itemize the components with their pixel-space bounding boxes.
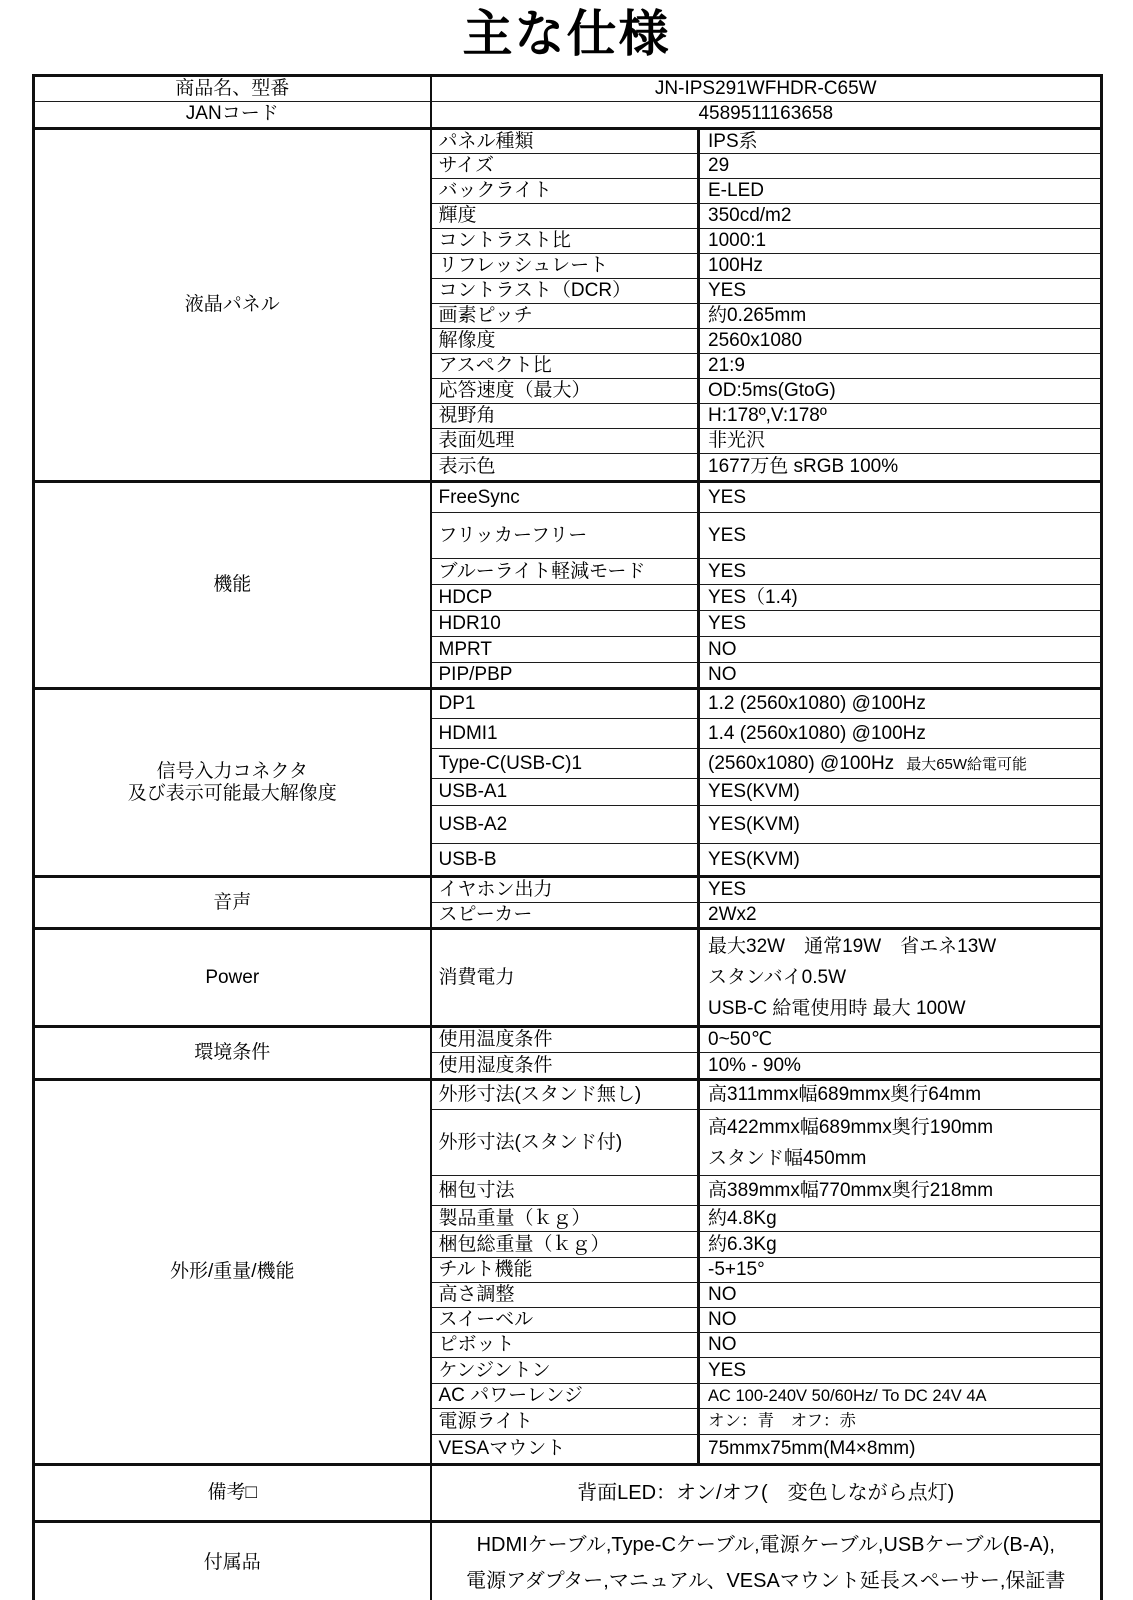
spec-value: 約6.3Kg xyxy=(699,1232,1102,1258)
spec-label: MPRT xyxy=(431,637,699,663)
spec-value: YES xyxy=(699,1358,1102,1384)
typec-resolution: (2560x1080) @100Hz xyxy=(708,753,894,774)
spec-label: 使用温度条件 xyxy=(431,1027,699,1053)
spec-value: YES(KVM) xyxy=(699,806,1102,844)
spec-value: 0~50℃ xyxy=(699,1027,1102,1053)
spec-label: USB-B xyxy=(431,844,699,877)
spec-value: IPS系 xyxy=(699,128,1102,154)
spec-label: バックライト xyxy=(431,179,699,204)
spec-label: 表示色 xyxy=(431,454,699,482)
spec-label: 外形寸法(スタンド無し) xyxy=(431,1080,699,1110)
spec-value: NO xyxy=(699,1333,1102,1358)
spec-value: 350cd/m2 xyxy=(699,204,1102,229)
spec-label: 表面処理 xyxy=(431,429,699,454)
section-label-lcd-panel: 液晶パネル xyxy=(34,128,431,482)
spec-value: 1677万色 sRGB 100% xyxy=(699,454,1102,482)
spec-label: 梱包寸法 xyxy=(431,1176,699,1206)
section-label-dimensions-weight: 外形/重量/機能 xyxy=(34,1080,431,1465)
spec-label: ケンジントン xyxy=(431,1358,699,1384)
section-label-environment: 環境条件 xyxy=(34,1027,431,1080)
spec-label: コントラスト（DCR） xyxy=(431,279,699,304)
spec-label: FreeSync xyxy=(431,482,699,513)
spec-label: 電源ライト xyxy=(431,1409,699,1435)
spec-label: HDR10 xyxy=(431,611,699,637)
spec-value: 29 xyxy=(699,154,1102,179)
accessories-label: 付属品 xyxy=(34,1522,431,1600)
spec-label: 応答速度（最大） xyxy=(431,379,699,404)
spec-value: YES(KVM) xyxy=(699,844,1102,877)
spec-value: YES xyxy=(699,279,1102,304)
spec-value: YES xyxy=(699,877,1102,903)
spec-label: HDMI1 xyxy=(431,719,699,749)
spec-value: 10% - 90% xyxy=(699,1053,1102,1080)
spec-value: YES（1.4) xyxy=(699,585,1102,611)
spec-table: 商品名、型番 JN-IPS291WFHDR-C65W JANコード 458951… xyxy=(32,74,1103,1600)
spec-value: YES xyxy=(699,482,1102,513)
spec-label: DP1 xyxy=(431,689,699,719)
spec-value: E-LED xyxy=(699,179,1102,204)
spec-value: NO xyxy=(699,1283,1102,1308)
spec-label: 外形寸法(スタンド付) xyxy=(431,1110,699,1176)
spec-label: スピーカー xyxy=(431,903,699,929)
spec-label: ブルーライト軽減モード xyxy=(431,559,699,585)
spec-value: YES(KVM) xyxy=(699,779,1102,806)
spec-value: オン：青 オフ：赤 xyxy=(699,1409,1102,1435)
spec-label: 画素ピッチ xyxy=(431,304,699,329)
jan-code-value: 4589511163658 xyxy=(431,101,1102,128)
accessories-value: HDMIケーブル,Type-Cケーブル,電源ケーブル,USBケーブル(B-A),… xyxy=(431,1522,1102,1600)
spec-value: 1.2 (2560x1080) @100Hz xyxy=(699,689,1102,719)
spec-value: 2560x1080 xyxy=(699,329,1102,354)
spec-label: チルト機能 xyxy=(431,1258,699,1283)
spec-value: 約0.265mm xyxy=(699,304,1102,329)
spec-value: 高389mmx幅770mmx奥行218mm xyxy=(699,1176,1102,1206)
spec-label: 梱包総重量（ｋｇ） xyxy=(431,1232,699,1258)
spec-value: 最大32W 通常19W 省エネ13W スタンバイ0.5W USB-C 給電使用時… xyxy=(699,929,1102,1027)
spec-value: 21:9 xyxy=(699,354,1102,379)
spec-value: YES xyxy=(699,513,1102,559)
spec-value: YES xyxy=(699,611,1102,637)
spec-label: USB-A2 xyxy=(431,806,699,844)
spec-label: Type-C(USB-C)1 xyxy=(431,749,699,779)
spec-label: 製品重量（ｋｇ） xyxy=(431,1206,699,1232)
spec-value: 非光沢 xyxy=(699,429,1102,454)
spec-label: 視野角 xyxy=(431,404,699,429)
spec-value: (2560x1080) @100Hz最大65W給電可能 xyxy=(699,749,1102,779)
spec-label: パネル種類 xyxy=(431,128,699,154)
spec-label: コントラスト比 xyxy=(431,229,699,254)
section-label-power: Power xyxy=(34,929,431,1027)
spec-label: ピボット xyxy=(431,1333,699,1358)
typec-power-note: 最大65W給電可能 xyxy=(906,756,1027,773)
spec-label: リフレッシュレート xyxy=(431,254,699,279)
spec-value: H:178º,V:178º xyxy=(699,404,1102,429)
section-label-features: 機能 xyxy=(34,482,431,689)
spec-value: 高422mmx幅689mmx奥行190mm スタンド幅450mm xyxy=(699,1110,1102,1176)
spec-label: サイズ xyxy=(431,154,699,179)
spec-label: USB-A1 xyxy=(431,779,699,806)
spec-label: スイーベル xyxy=(431,1308,699,1333)
spec-value: 100Hz xyxy=(699,254,1102,279)
spec-value: -5+15° xyxy=(699,1258,1102,1283)
spec-label: 輝度 xyxy=(431,204,699,229)
spec-value: 1.4 (2560x1080) @100Hz xyxy=(699,719,1102,749)
spec-value: OD:5ms(GtoG) xyxy=(699,379,1102,404)
page-title: 主な仕様 xyxy=(0,6,1133,64)
spec-value: AC 100-240V 50/60Hz/ To DC 24V 4A xyxy=(699,1384,1102,1409)
spec-value: NO xyxy=(699,637,1102,663)
section-label-signal-input: 信号入力コネクタ 及び表示可能最大解像度 xyxy=(34,689,431,877)
spec-value: 高311mmx幅689mmx奥行64mm xyxy=(699,1080,1102,1110)
spec-label: アスペクト比 xyxy=(431,354,699,379)
spec-label: フリッカーフリー xyxy=(431,513,699,559)
spec-label: VESAマウント xyxy=(431,1435,699,1465)
spec-value: NO xyxy=(699,663,1102,689)
spec-value: 75mmx75mm(M4×8mm) xyxy=(699,1435,1102,1465)
spec-value: 1000:1 xyxy=(699,229,1102,254)
section-label-audio: 音声 xyxy=(34,877,431,929)
spec-value: 2Wx2 xyxy=(699,903,1102,929)
spec-label: PIP/PBP xyxy=(431,663,699,689)
spec-label: 解像度 xyxy=(431,329,699,354)
spec-value: YES xyxy=(699,559,1102,585)
spec-label: イヤホン出力 xyxy=(431,877,699,903)
product-name-label: 商品名、型番 xyxy=(34,75,431,101)
spec-value: 約4.8Kg xyxy=(699,1206,1102,1232)
notes-label: 備考□ xyxy=(34,1465,431,1522)
spec-label: 使用湿度条件 xyxy=(431,1053,699,1080)
notes-value: 背面LED：オン/オフ( 変色しながら点灯) xyxy=(431,1465,1102,1522)
spec-label: HDCP xyxy=(431,585,699,611)
spec-value: NO xyxy=(699,1308,1102,1333)
product-name-value: JN-IPS291WFHDR-C65W xyxy=(431,75,1102,101)
jan-code-label: JANコード xyxy=(34,101,431,128)
spec-label: AC パワーレンジ xyxy=(431,1384,699,1409)
spec-label: 消費電力 xyxy=(431,929,699,1027)
spec-label: 高さ調整 xyxy=(431,1283,699,1308)
